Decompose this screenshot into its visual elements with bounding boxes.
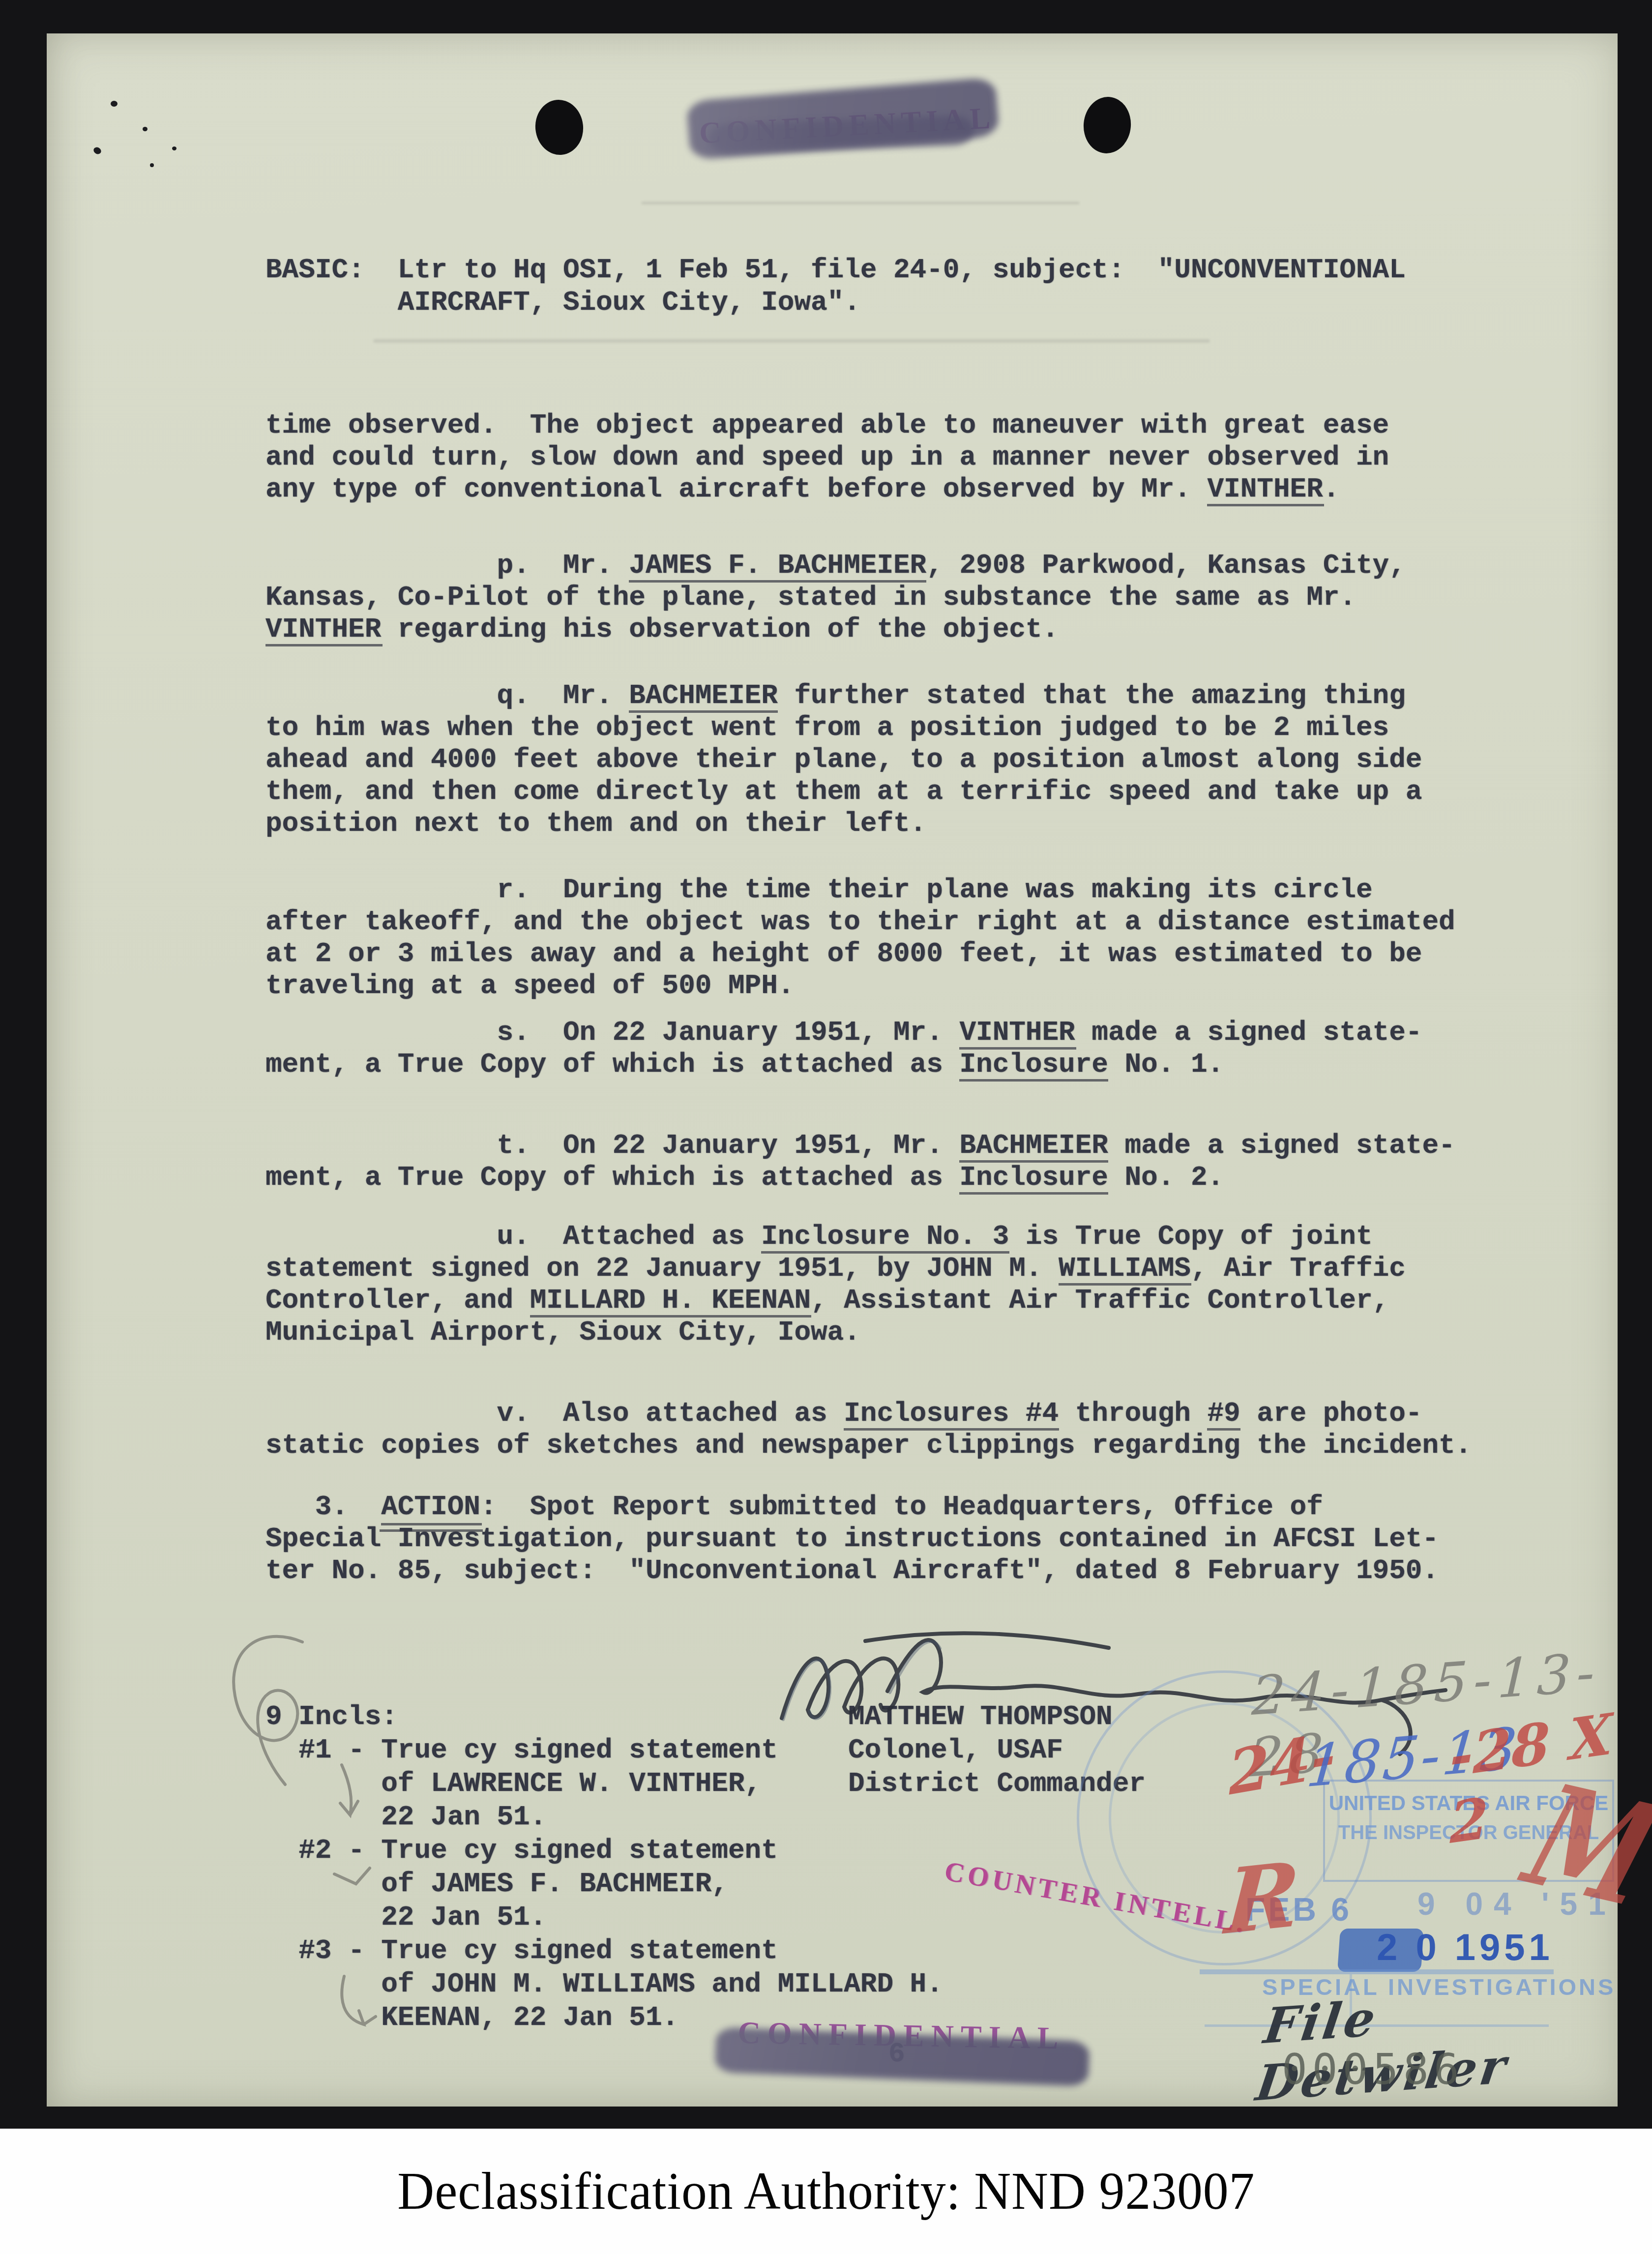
paragraph-t: t. On 22 January 1951, Mr. BACHMEIER mad…: [265, 1130, 1455, 1194]
confidential-stamp-bottom: CONFIDENTIAL: [715, 2010, 1100, 2096]
serial-number-stamp: 000586: [1282, 2045, 1464, 2094]
ink-speck: [143, 127, 147, 131]
paragraph-p: p. Mr. JAMES F. BACHMEIER, 2908 Parkwood…: [265, 550, 1406, 645]
underline-mark: [629, 580, 926, 583]
caption-strip: Declassification Authority: NND 923007: [0, 2129, 1652, 2254]
paragraph-action: 3. ACTION: Spot Report submitted to Head…: [265, 1491, 1439, 1587]
paper-sheet: CONFIDENTIAL BASIC: Ltr to Hq OSI, 1 Feb…: [47, 33, 1618, 2107]
hole-punch-right: [1081, 95, 1133, 155]
paragraph-u: u. Attached as Inclosure No. 3 is True C…: [265, 1221, 1406, 1348]
underline-mark: [1207, 504, 1324, 506]
ink-speck: [172, 146, 177, 150]
confidential-stamp-top: CONFIDENTIAL: [686, 77, 1005, 176]
paragraph-q: q. Mr. BACHMEIER further stated that the…: [265, 680, 1422, 840]
underline-mark: [381, 1523, 482, 1525]
scanned-document-page: CONFIDENTIAL BASIC: Ltr to Hq OSI, 1 Feb…: [0, 0, 1652, 2254]
underline-mark: [959, 1079, 1108, 1082]
ghost-offset-mark: [374, 339, 1209, 343]
paragraph-s: s. On 22 January 1951, Mr. VINTHER made …: [265, 1017, 1422, 1081]
ink-speck: [92, 146, 102, 155]
underline-mark: [844, 1428, 1059, 1431]
ghost-offset-mark: [642, 202, 1079, 205]
underline-mark: [959, 1047, 1076, 1050]
underline-mark: [265, 644, 383, 646]
underline-mark: [1059, 1283, 1191, 1286]
hole-punch-left: [532, 97, 586, 157]
ink-speck: [111, 101, 118, 107]
paragraph-continuation: time observed. The object appeared able …: [265, 410, 1389, 505]
pencil-annotation-marks: [197, 1622, 541, 2055]
declassification-caption: Declassification Authority: NND 923007: [397, 2161, 1255, 2222]
underline-mark: [629, 710, 778, 713]
underline-mark: [530, 1315, 811, 1317]
ink-speck: [150, 163, 154, 167]
stamp-table-line: [1200, 1969, 1554, 1974]
underline-mark: [761, 1251, 1009, 1254]
basic-reference-line: BASIC: Ltr to Hq OSI, 1 Feb 51, file 24-…: [265, 254, 1406, 319]
underline-mark: [1207, 1428, 1240, 1431]
red-crayon-initial: R: [1222, 1842, 1303, 1955]
underline-mark: [380, 1529, 483, 1532]
underline-mark: [959, 1160, 1108, 1163]
underline-mark: [959, 1192, 1108, 1195]
paragraph-r: r. During the time their plane was makin…: [265, 874, 1455, 1002]
stamp-date-1951: 2 0 1951: [1377, 1926, 1554, 1969]
